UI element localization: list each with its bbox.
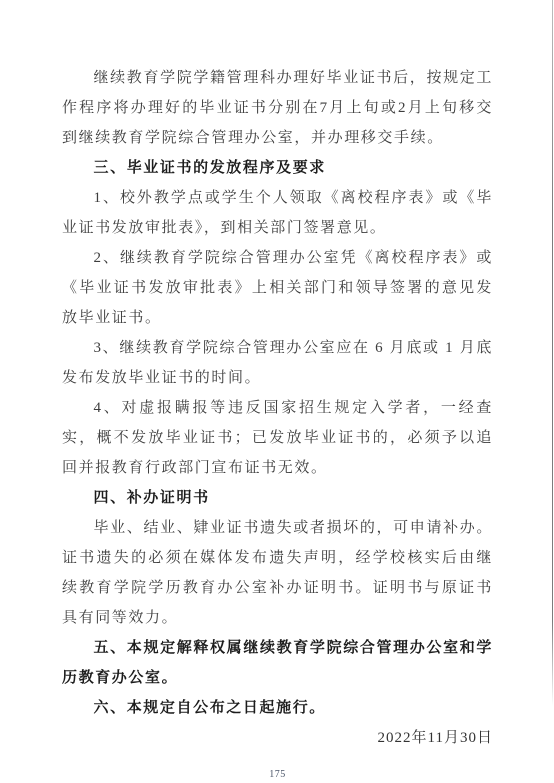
paragraph-transfer-procedure: 继续教育学院学籍管理科办理好毕业证书后，按规定工作程序将办理好的毕业证书分别在7… [62,63,493,153]
scan-edge-line [552,0,553,706]
list-item-3: 3、继续教育学院综合管理办公室应在 6 月底或 1 月底发布发放毕业证书的时间。 [62,333,493,393]
section-heading-6-effective-date: 六、本规定自公布之日起施行。 [62,693,493,723]
section-heading-3-issuance-procedure: 三、毕业证书的发放程序及要求 [62,153,493,183]
document-page: 继续教育学院学籍管理科办理好毕业证书后，按规定工作程序将办理好的毕业证书分别在7… [0,0,554,783]
page-number: 175 [62,769,493,781]
list-item-2: 2、继续教育学院综合管理办公室凭《离校程序表》或《毕业证书发放审批表》上相关部门… [62,243,493,333]
list-item-4: 4、对虚报瞒报等违反国家招生规定入学者，一经查实，概不发放毕业证书；已发放毕业证… [62,393,493,483]
section-heading-4-reissue-certificate: 四、补办证明书 [62,483,493,513]
section-heading-5-interpretation-right: 五、本规定解释权属继续教育学院综合管理办公室和学历教育办公室。 [62,633,493,693]
document-date: 2022年11月30日 [62,723,493,753]
paragraph-reissue-details: 毕业、结业、肄业证书遗失或者损坏的，可申请补办。证书遗失的必须在媒体发布遗失声明… [62,513,493,633]
list-item-1: 1、校外教学点或学生个人领取《离校程序表》或《毕业证书发放审批表》，到相关部门签… [62,183,493,243]
